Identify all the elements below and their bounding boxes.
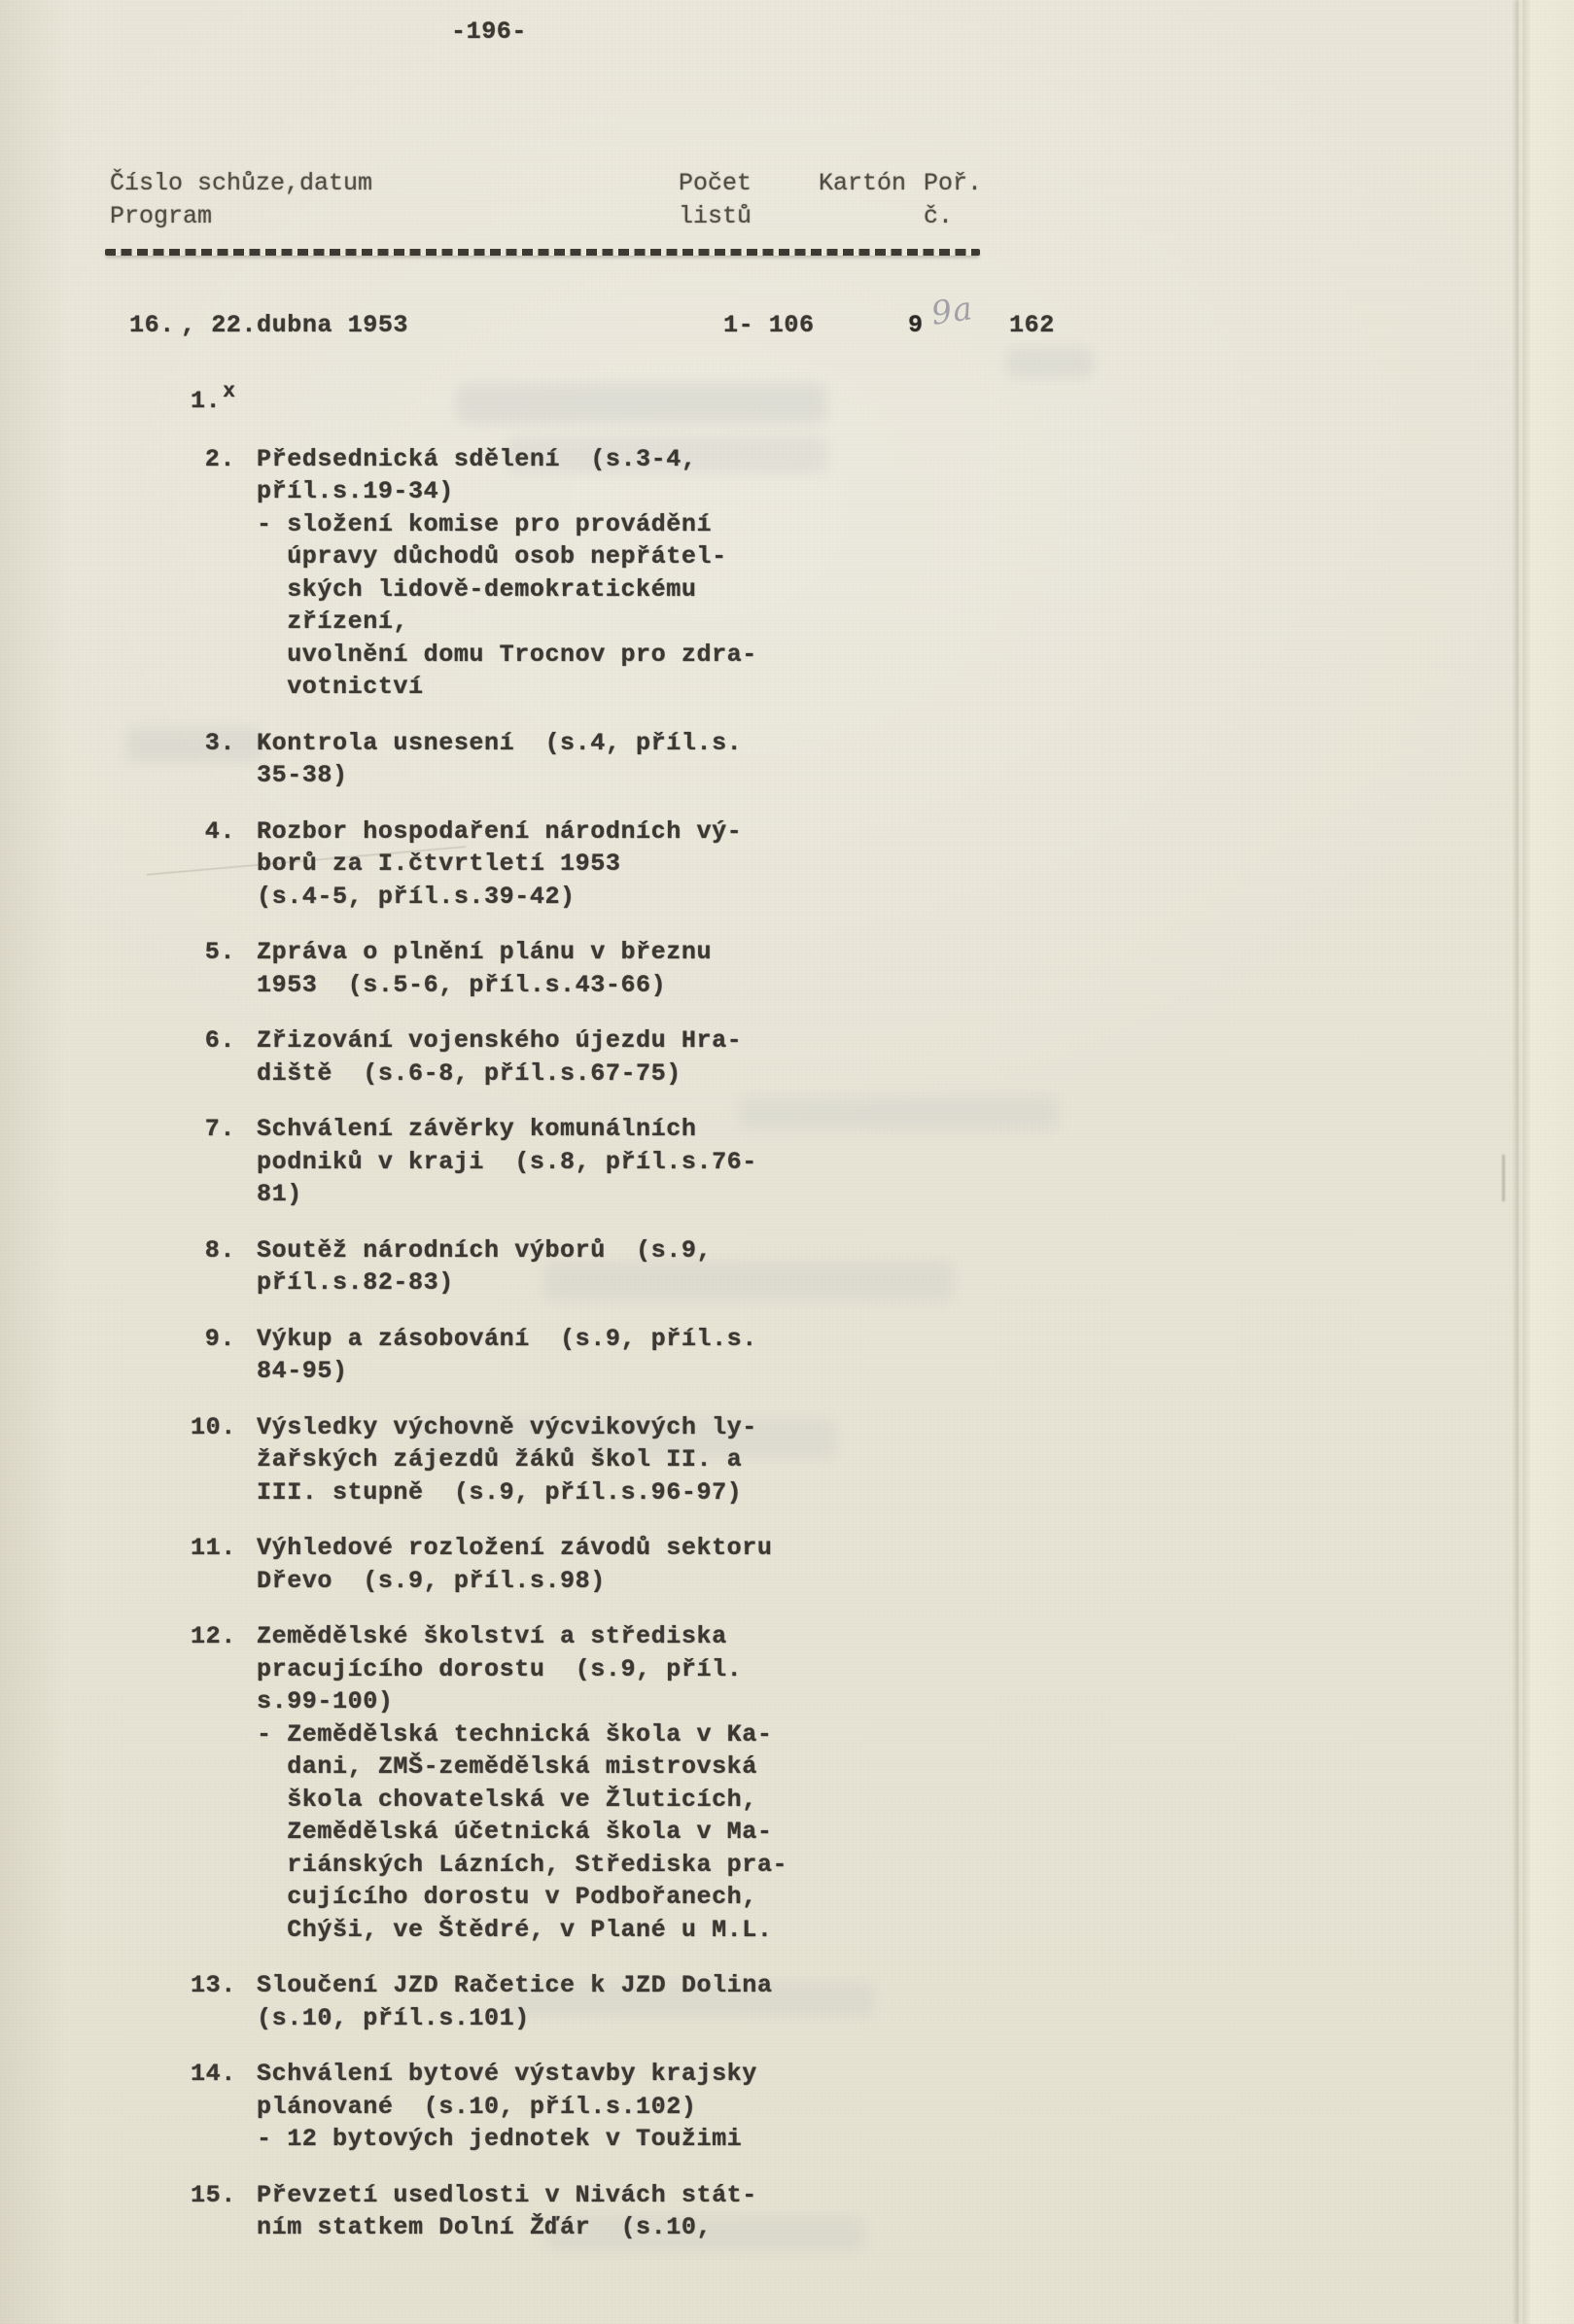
agenda-line: Převzetí usedlosti v Nivách stát- [257, 2179, 871, 2212]
agenda-line: škola chovatelská ve Žluticích, [257, 1784, 871, 1817]
agenda-item-text: Kontrola usnesení (s.4, příl.s.35-38) [257, 727, 871, 792]
agenda-item: 15. Převzetí usedlosti v Nivách stát-ním… [191, 2179, 871, 2244]
agenda-item: 7. Schválení závěrky komunálníchpodniků … [191, 1113, 871, 1211]
agenda-item: 5. Zpráva o plnění plánu v březnu1953 (s… [191, 936, 871, 1001]
header-listu: listů [679, 200, 752, 233]
agenda-item: 2. Předsednická sdělení (s.3-4,příl.s.19… [191, 443, 871, 704]
agenda-line: cujícího dorostu v Podbořanech, [257, 1881, 871, 1914]
agenda-item: 10. Výsledky výchovně výcvikových ly-žař… [191, 1411, 871, 1509]
agenda-item-text: Zpráva o plnění plánu v březnu1953 (s.5-… [257, 936, 871, 1001]
agenda-item-number: 5. [191, 936, 235, 1001]
margin-tick-mark [1502, 1155, 1505, 1201]
agenda-list: 1.x 2. Předsednická sdělení (s.3-4,příl.… [191, 385, 871, 2268]
agenda-line: borů za I.čtvrtletí 1953 [257, 848, 871, 881]
agenda-line: uvolnění domu Trocnov pro zdra- [257, 639, 871, 672]
agenda-item-number: 11. [191, 1532, 235, 1597]
agenda-line: ním statkem Dolní Žďár (s.10, [257, 2211, 871, 2244]
agenda-item-superscript: x [223, 381, 235, 403]
agenda-item: 14. Schválení bytové výstavby krajskyplá… [191, 2058, 871, 2156]
meeting-karton: 9 [908, 309, 924, 342]
agenda-line: Schválení bytové výstavby krajsky [257, 2058, 871, 2091]
agenda-line: Sloučení JZD Račetice k JZD Dolina [257, 1969, 871, 2002]
agenda-line: 35-38) [257, 759, 871, 792]
agenda-line: s.99-100) [257, 1685, 871, 1718]
agenda-line: Schválení závěrky komunálních [257, 1113, 871, 1146]
agenda-item-text: Rozbor hospodaření národních vý-borů za … [257, 815, 871, 914]
agenda-item-text: Převzetí usedlosti v Nivách stát-ním sta… [257, 2179, 871, 2244]
agenda-item: 9. Výkup a zásobování (s.9, příl.s.84-95… [191, 1323, 871, 1388]
agenda-item-text: Výkup a zásobování (s.9, příl.s.84-95) [257, 1323, 871, 1388]
header-program: Program [110, 200, 372, 233]
agenda-item-number: 13. [191, 1969, 235, 2034]
agenda-item-text: Předsednická sdělení (s.3-4,příl.s.19-34… [257, 443, 871, 704]
meeting-pocet-listu: 1- 106 [723, 309, 815, 342]
agenda-line: Chýši, ve Štědré, v Plané u M.L. [257, 1914, 871, 1947]
agenda-item-number: 15. [191, 2179, 235, 2244]
agenda-line: žařských zájezdů žáků škol II. a [257, 1443, 871, 1476]
header-col-schuze: Číslo schůze,datum Program [110, 167, 372, 233]
agenda-line: Dřevo (s.9, příl.s.98) [257, 1565, 871, 1598]
agenda-line: Zemědělské školství a střediska [257, 1620, 871, 1653]
header-c: č. [924, 200, 982, 233]
agenda-item-text [257, 385, 871, 420]
agenda-line: Výkup a zásobování (s.9, příl.s. [257, 1323, 871, 1356]
agenda-item: 12. Zemědělské školství a střediskapracu… [191, 1620, 871, 1946]
agenda-line: Rozbor hospodaření národních vý- [257, 815, 871, 849]
agenda-item: 11. Výhledové rozložení závodů sektoruDř… [191, 1532, 871, 1597]
agenda-line: - Zemědělská technická škola v Ka- [257, 1718, 871, 1752]
agenda-line: Soutěž národních výborů (s.9, [257, 1234, 871, 1267]
bleed-through-smudge [1006, 348, 1094, 377]
meeting-poradove-cislo: 162 [1009, 309, 1055, 342]
agenda-line: úpravy důchodů osob nepřátel- [257, 540, 871, 573]
meeting-number: 16. [129, 309, 175, 342]
agenda-item: 1.x [191, 385, 871, 420]
agenda-line: plánované (s.10, příl.s.102) [257, 2091, 871, 2124]
agenda-item-text: Sloučení JZD Račetice k JZD Dolina(s.10,… [257, 1969, 871, 2034]
agenda-line: (s.10, příl.s.101) [257, 2002, 871, 2035]
header-karton: Kartón [819, 167, 906, 200]
agenda-line: Zřizování vojenského újezdu Hra- [257, 1024, 871, 1058]
agenda-line: Zemědělská účetnická škola v Ma- [257, 1816, 871, 1849]
agenda-item-number: 14. [191, 2058, 235, 2156]
agenda-item-number: 9. [191, 1323, 235, 1388]
agenda-item-number: 7. [191, 1113, 235, 1211]
agenda-item-text: Soutěž národních výborů (s.9,příl.s.82-8… [257, 1234, 871, 1300]
agenda-item: 3. Kontrola usnesení (s.4, příl.s.35-38) [191, 727, 871, 792]
header-pocet: Počet [679, 167, 752, 200]
agenda-item: 8. Soutěž národních výborů (s.9,příl.s.8… [191, 1234, 871, 1300]
meeting-date: , 22.dubna 1953 [181, 309, 408, 342]
agenda-item-text: Schválení bytové výstavby krajskyplánova… [257, 2058, 871, 2156]
agenda-line: příl.s.82-83) [257, 1266, 871, 1300]
agenda-item-number: 12. [191, 1620, 235, 1946]
agenda-line: - složení komise pro provádění [257, 508, 871, 541]
agenda-line: Výsledky výchovně výcvikových ly- [257, 1411, 871, 1444]
agenda-line: zřízení, [257, 606, 871, 639]
agenda-item-text: Výhledové rozložení závodů sektoruDřevo … [257, 1532, 871, 1597]
paper-crease [1513, 0, 1519, 2324]
header-col-pocet-listu: Počet listů [679, 167, 752, 233]
agenda-line: ských lidově-demokratickému [257, 573, 871, 607]
agenda-item-text: Schválení závěrky komunálníchpodniků v k… [257, 1113, 871, 1211]
agenda-line: příl.s.19-34) [257, 475, 871, 508]
agenda-item-number: 8. [191, 1234, 235, 1300]
agenda-line: 81) [257, 1178, 871, 1211]
agenda-line: votnictví [257, 671, 871, 704]
page-number: -196- [451, 16, 527, 49]
agenda-line: 84-95) [257, 1355, 871, 1388]
agenda-item-text: Výsledky výchovně výcvikových ly-žařskýc… [257, 1411, 871, 1509]
agenda-line: III. stupně (s.9, příl.s.96-97) [257, 1476, 871, 1509]
agenda-item-number: 10. [191, 1411, 235, 1509]
agenda-line: 1953 (s.5-6, příl.s.43-66) [257, 969, 871, 1002]
agenda-line: Kontrola usnesení (s.4, příl.s. [257, 727, 871, 760]
agenda-item-number: 4. [191, 815, 235, 914]
agenda-line: podniků v kraji (s.8, příl.s.76- [257, 1146, 871, 1179]
header-cislo-schuze-datum: Číslo schůze,datum [110, 167, 372, 200]
agenda-item-text: Zemědělské školství a střediskapracující… [257, 1620, 871, 1946]
header-por: Poř. [924, 167, 982, 200]
agenda-line: - 12 bytových jednotek v Toužimi [257, 2123, 871, 2156]
meeting-karton-handwritten-annotation: 9a [928, 289, 975, 332]
dashed-separator [105, 249, 980, 256]
agenda-line: riánských Lázních, Střediska pra- [257, 1849, 871, 1882]
agenda-item: 13. Sloučení JZD Račetice k JZD Dolina(s… [191, 1969, 871, 2034]
agenda-line: Výhledové rozložení závodů sektoru [257, 1532, 871, 1565]
paper-right-edge [1522, 0, 1574, 2324]
header-col-poradove-cislo: Poř. č. [924, 167, 982, 233]
agenda-line: dani, ZMŠ-zemědělská mistrovská [257, 1751, 871, 1784]
agenda-line: Předsednická sdělení (s.3-4, [257, 443, 871, 476]
agenda-item-number: 3. [191, 727, 235, 792]
agenda-item-number: 2. [191, 443, 235, 704]
agenda-line: diště (s.6-8, příl.s.67-75) [257, 1058, 871, 1091]
agenda-item-number: 6. [191, 1024, 235, 1090]
agenda-item-text: Zřizování vojenského újezdu Hra-diště (s… [257, 1024, 871, 1090]
agenda-item-number: 1.x [191, 385, 235, 420]
scanned-archive-page: { "page": { "number": "-196-" }, "table_… [0, 0, 1574, 2324]
agenda-line: pracujícího dorostu (s.9, příl. [257, 1653, 871, 1686]
agenda-item: 4. Rozbor hospodaření národních vý-borů … [191, 815, 871, 914]
agenda-line: (s.4-5, příl.s.39-42) [257, 881, 871, 914]
agenda-item: 6. Zřizování vojenského újezdu Hra-diště… [191, 1024, 871, 1090]
agenda-line: Zpráva o plnění plánu v březnu [257, 936, 871, 969]
